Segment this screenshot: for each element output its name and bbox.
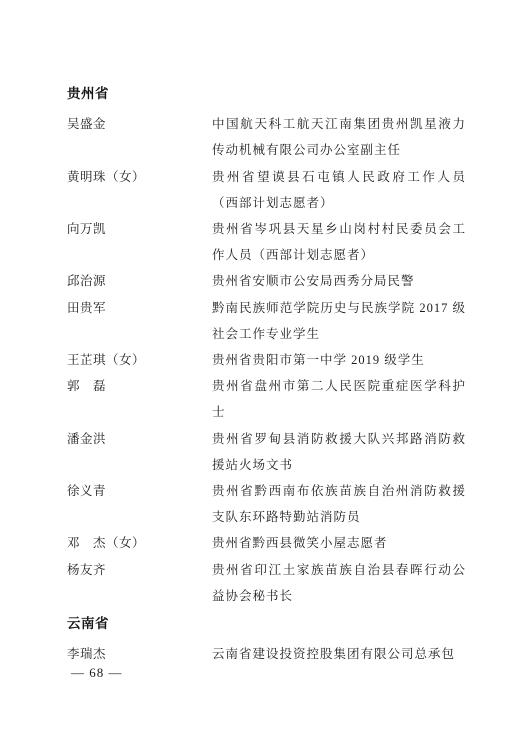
person-title: 云南省建设投资控股集团有限公司总承包 bbox=[212, 641, 466, 667]
list-item: 向万凯贵州省岑巩县天星乡山岗村村民委员会工作人员（西部计划志愿者） bbox=[67, 216, 467, 268]
person-title: 贵州省黔西县微笑小屋志愿者 bbox=[212, 530, 466, 556]
person-name: 邓 杰（女） bbox=[67, 530, 212, 556]
honor-roll-list: 贵州省吴盛金中国航天科工航天江南集团贵州凯星液力传动机械有限公司办公室副主任黄明… bbox=[67, 81, 467, 667]
document-page: 贵州省吴盛金中国航天科工航天江南集团贵州凯星液力传动机械有限公司办公室副主任黄明… bbox=[0, 0, 530, 748]
person-title: 贵州省黔西南布依族苗族自治州消防救援支队东环路特勤站消防员 bbox=[212, 478, 466, 530]
list-item: 杨友齐贵州省印江土家族苗族自治县春晖行动公益协会秘书长 bbox=[67, 557, 467, 609]
page-number: — 68 — bbox=[71, 666, 123, 680]
list-item: 王芷琪（女）贵州省贵阳市第一中学 2019 级学生 bbox=[67, 347, 467, 373]
person-title: 贵州省岑巩县天星乡山岗村村民委员会工作人员（西部计划志愿者） bbox=[212, 216, 466, 268]
list-item: 郭 磊贵州省盘州市第二人民医院重症医学科护士 bbox=[67, 373, 467, 425]
person-title: 贵州省望谟县石屯镇人民政府工作人员（西部计划志愿者） bbox=[212, 164, 466, 216]
list-item: 吴盛金中国航天科工航天江南集团贵州凯星液力传动机械有限公司办公室副主任 bbox=[67, 111, 467, 163]
list-item: 李瑞杰云南省建设投资控股集团有限公司总承包 bbox=[67, 641, 467, 667]
person-name: 杨友齐 bbox=[67, 557, 212, 583]
person-name: 郭 磊 bbox=[67, 373, 212, 399]
list-item: 徐义青贵州省黔西南布依族苗族自治州消防救援支队东环路特勤站消防员 bbox=[67, 478, 467, 530]
person-title: 贵州省印江土家族苗族自治县春晖行动公益协会秘书长 bbox=[212, 557, 466, 609]
person-name: 吴盛金 bbox=[67, 111, 212, 137]
province-heading: 云南省 bbox=[67, 611, 467, 637]
list-item: 邓 杰（女）贵州省黔西县微笑小屋志愿者 bbox=[67, 530, 467, 556]
person-title: 黔南民族师范学院历史与民族学院 2017 级社会工作专业学生 bbox=[212, 295, 466, 347]
list-item: 田贵军黔南民族师范学院历史与民族学院 2017 级社会工作专业学生 bbox=[67, 295, 467, 347]
list-item: 黄明珠（女）贵州省望谟县石屯镇人民政府工作人员（西部计划志愿者） bbox=[67, 164, 467, 216]
person-title: 贵州省罗甸县消防救援大队兴邦路消防救援站火场文书 bbox=[212, 426, 466, 478]
list-item: 潘金洪贵州省罗甸县消防救援大队兴邦路消防救援站火场文书 bbox=[67, 426, 467, 478]
person-title: 中国航天科工航天江南集团贵州凯星液力传动机械有限公司办公室副主任 bbox=[212, 111, 466, 163]
person-title: 贵州省贵阳市第一中学 2019 级学生 bbox=[212, 347, 466, 373]
person-name: 王芷琪（女） bbox=[67, 347, 212, 373]
person-name: 李瑞杰 bbox=[67, 641, 212, 667]
person-title: 贵州省盘州市第二人民医院重症医学科护士 bbox=[212, 373, 466, 425]
person-name: 徐义青 bbox=[67, 478, 212, 504]
person-name: 黄明珠（女） bbox=[67, 164, 212, 190]
person-title: 贵州省安顺市公安局西秀分局民警 bbox=[212, 268, 466, 294]
person-name: 向万凯 bbox=[67, 216, 212, 242]
person-name: 潘金洪 bbox=[67, 426, 212, 452]
person-name: 邱治源 bbox=[67, 268, 212, 294]
province-heading: 贵州省 bbox=[67, 81, 467, 107]
person-name: 田贵军 bbox=[67, 295, 212, 321]
list-item: 邱治源贵州省安顺市公安局西秀分局民警 bbox=[67, 268, 467, 294]
